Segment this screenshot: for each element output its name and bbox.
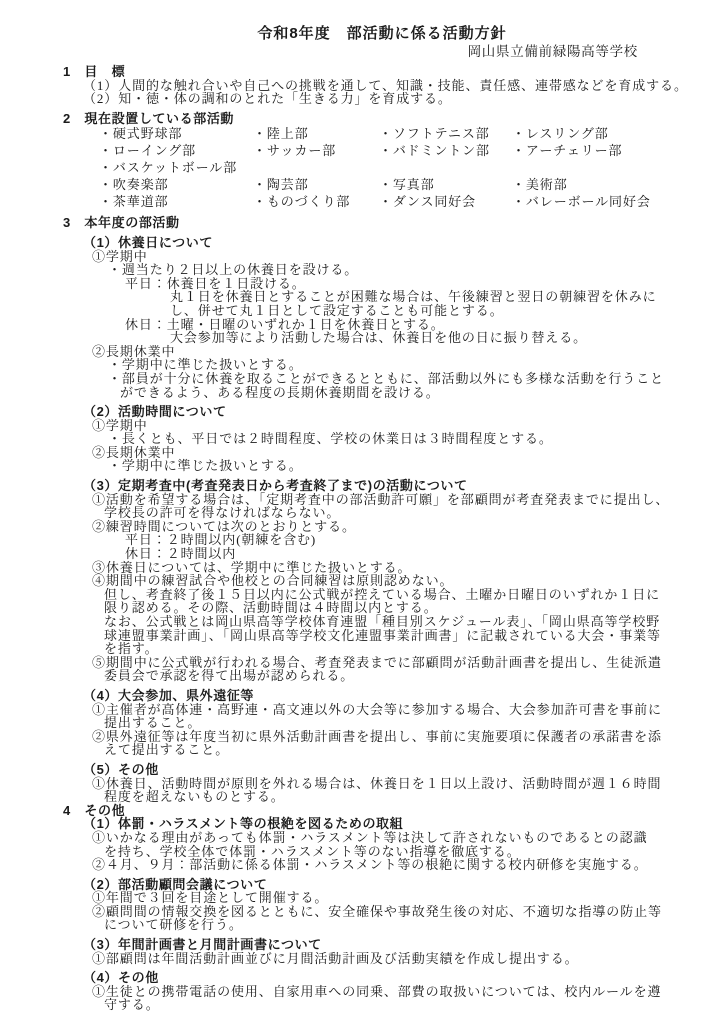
club-item <box>379 159 512 176</box>
club-item: ・バスケットボール部 <box>99 159 253 176</box>
club-item: ・ダンス同好会 <box>379 193 512 210</box>
text-line: ③休養日については、学期中に準じた扱いとする。 <box>92 561 702 575</box>
club-item: ・ローイング部 <box>99 142 253 159</box>
club-item: ・美術部 <box>512 176 702 193</box>
text-line: ①学期中 <box>92 419 702 433</box>
club-item: ・吹奏楽部 <box>99 176 253 193</box>
club-item <box>512 159 702 176</box>
text-line: し、併せて丸１日として設定することも可能とする。 <box>170 304 702 318</box>
text-line: ①部顧問は年間活動計画並びに月間活動計画及び活動実績を作成し提出する。 <box>92 952 702 966</box>
text-line: ②長期休業中 <box>92 446 702 460</box>
subsection-heading: （4）大会参加、県外遠征等 <box>83 689 702 703</box>
section-heading: 1 目 標 <box>63 65 702 79</box>
text-line: （1）人間的な触れ合いや自己への挑戦を通して、知識・技能、責任感、連帯感などを育… <box>83 79 702 93</box>
text-line: ②顧問間の情報交換を図るとともに、安全確保や事故発生後の対応、不適切な指導の防止… <box>92 905 702 919</box>
club-item: ・アーチェリー部 <box>512 142 702 159</box>
text-line: ・部員が十分に休養を取ることができるとともに、部活動以外にも多様な活動を行うこと <box>108 372 702 386</box>
text-line: 球連盟事業計画」、「岡山県高等学校文化連盟事業計画書」に記載されている大会・事業… <box>104 629 702 643</box>
club-item: ・陸上部 <box>253 125 379 142</box>
text-line: 休日：土曜・日曜のいずれか１日を休養日とする。 <box>125 318 702 332</box>
text-line: ①年間で３回を目途として開催する。 <box>92 891 702 905</box>
club-list-row: ・硬式野球部・陸上部・ソフトテニス部・レスリング部 <box>99 125 702 142</box>
section-heading: 3 本年度の部活動 <box>63 216 702 230</box>
text-line: ・学期中に準じた扱いとする。 <box>108 459 702 473</box>
text-line: ①いかなる理由があっても体罰・ハラスメント等は決して許されないものであるとの認識 <box>92 831 702 845</box>
subsection-heading: （3）年間計画書と月間計画書について <box>83 938 702 952</box>
club-item: ・レスリング部 <box>512 125 702 142</box>
text-line: ②県外遠征等は年度当初に県外活動計画書を提出し、事前に実施要項に保護者の承諾書を… <box>92 730 702 744</box>
text-line: ・週当たり２日以上の休養日を設ける。 <box>108 263 702 277</box>
club-item: ・ものづくり部 <box>253 193 379 210</box>
text-line: ②長期休業中 <box>92 345 702 359</box>
text-line: 限り認める。その際、活動時間は４時間以内とする。 <box>104 601 702 615</box>
document-page: 令和8年度 部活動に係る活動方針 岡山県立備前緑陽高等学校 1 目 標（1）人間… <box>0 0 724 1024</box>
text-line: 平日：休養日を１日設ける。 <box>125 277 702 291</box>
subsection-heading: （2）活動時間について <box>83 405 702 419</box>
subsection-heading: （1）体罰・ハラスメント等の根絶を図るための取組 <box>83 817 702 831</box>
text-line: 提出すること。 <box>104 716 702 730</box>
text-line: 委員会で承認を得て出場が認められる。 <box>104 669 702 683</box>
subsection-heading: （2）部活動顧問会議について <box>83 878 702 892</box>
text-line: ②練習時間については次のとおりとする。 <box>92 520 702 534</box>
document-title: 令和8年度 部活動に係る活動方針 <box>62 24 702 43</box>
club-list-row: ・茶華道部・ものづくり部・ダンス同好会・バレーボール同好会 <box>99 193 702 210</box>
club-item: ・陶芸部 <box>253 176 379 193</box>
text-line: ・長くとも、平日では２時間程度、学校の休業日は３時間程度とする。 <box>108 432 702 446</box>
text-line: （2）知・徳・体の調和のとれた「生きる力」を育成する。 <box>83 92 702 106</box>
club-item: ・硬式野球部 <box>99 125 253 142</box>
text-line: 丸１日を休養日とすることが困難な場合は、午後練習と翌日の朝練習を休みに <box>170 290 702 304</box>
text-line: 守する。 <box>104 998 702 1012</box>
text-line: ②４月、９月：部活動に係る体罰・ハラスメント等の根絶に関する校内研修を実施する。 <box>92 858 702 872</box>
text-line: ⑤期間中に公式戦が行われる場合、考査発表までに部顧問が活動計画書を提出し、生徒派… <box>92 656 702 670</box>
text-line: ①生徒との携帯電話の使用、自家用車への同乗、部費の取扱いについては、校内ルールを… <box>92 985 702 999</box>
subsection-heading: （4）その他 <box>83 971 702 985</box>
text-line: 休日：２時間以内 <box>125 547 702 561</box>
text-line: ①主催者が高体連・高野連・高文連以外の大会等に参加する場合、大会参加許可書を事前… <box>92 703 702 717</box>
text-line: 但し、考査終了後１５日以内に公式戦が控えている場合、土曜か日曜日のいずれか１日に <box>104 588 702 602</box>
text-line: 学校長の許可を得なければならない。 <box>104 506 702 520</box>
document-body: 1 目 標（1）人間的な触れ合いや自己への挑戦を通して、知識・技能、責任感、連帯… <box>62 65 702 1012</box>
text-line: 程度を超えないものとする。 <box>104 790 702 804</box>
section-heading: 2 現在設置している部活動 <box>63 112 702 126</box>
subsection-heading: （5）その他 <box>83 763 702 777</box>
text-line: ④期間中の練習試合や他校との合同練習は原則認めない。 <box>92 574 702 588</box>
club-item: ・サッカー部 <box>253 142 379 159</box>
club-item <box>253 159 379 176</box>
text-line: について研修を行う。 <box>104 918 702 932</box>
club-item: ・バドミントン部 <box>379 142 512 159</box>
text-line: 平日：２時間以内(朝練を含む) <box>125 533 702 547</box>
section-heading: 4 その他 <box>63 804 702 818</box>
text-line: なお、公式戦とは岡山県高等学校体育連盟「種目別スケジュール表」、「岡山県高等学校… <box>104 615 702 629</box>
club-item: ・ソフトテニス部 <box>379 125 512 142</box>
school-name: 岡山県立備前緑陽高等学校 <box>62 43 702 60</box>
text-line: 大会参加等により活動した場合は、休養日を他の日に振り替える。 <box>170 331 702 345</box>
club-list-row: ・吹奏楽部・陶芸部・写真部・美術部 <box>99 176 702 193</box>
text-line: ができるよう、ある程度の長期休養期間を設ける。 <box>120 386 702 400</box>
club-item: ・茶華道部 <box>99 193 253 210</box>
club-list-row: ・ローイング部・サッカー部・バドミントン部・アーチェリー部 <box>99 142 702 159</box>
text-line: を指す。 <box>104 642 702 656</box>
text-line: ・学期中に準じた扱いとする。 <box>108 358 702 372</box>
text-line: ①休養日、活動時間が原則を外れる場合は、休養日を１日以上設け、活動時間が週１６時… <box>92 777 702 791</box>
club-item: ・バレーボール同好会 <box>512 193 702 210</box>
text-line: ①活動を希望する場合は、「定期考査中の部活動許可願」を部顧問が考査発表までに提出… <box>92 493 702 507</box>
text-line: えて提出すること。 <box>104 743 702 757</box>
text-line: ①学期中 <box>92 250 702 264</box>
club-item: ・写真部 <box>379 176 512 193</box>
text-line: を持ち、学校全体で体罰・ハラスメント等のない指導を徹底する。 <box>104 845 702 859</box>
subsection-heading: （1）休養日について <box>83 236 702 250</box>
club-list-row: ・バスケットボール部 <box>99 159 702 176</box>
subsection-heading: （3）定期考査中(考査発表日から考査終了まで)の活動について <box>83 479 702 493</box>
